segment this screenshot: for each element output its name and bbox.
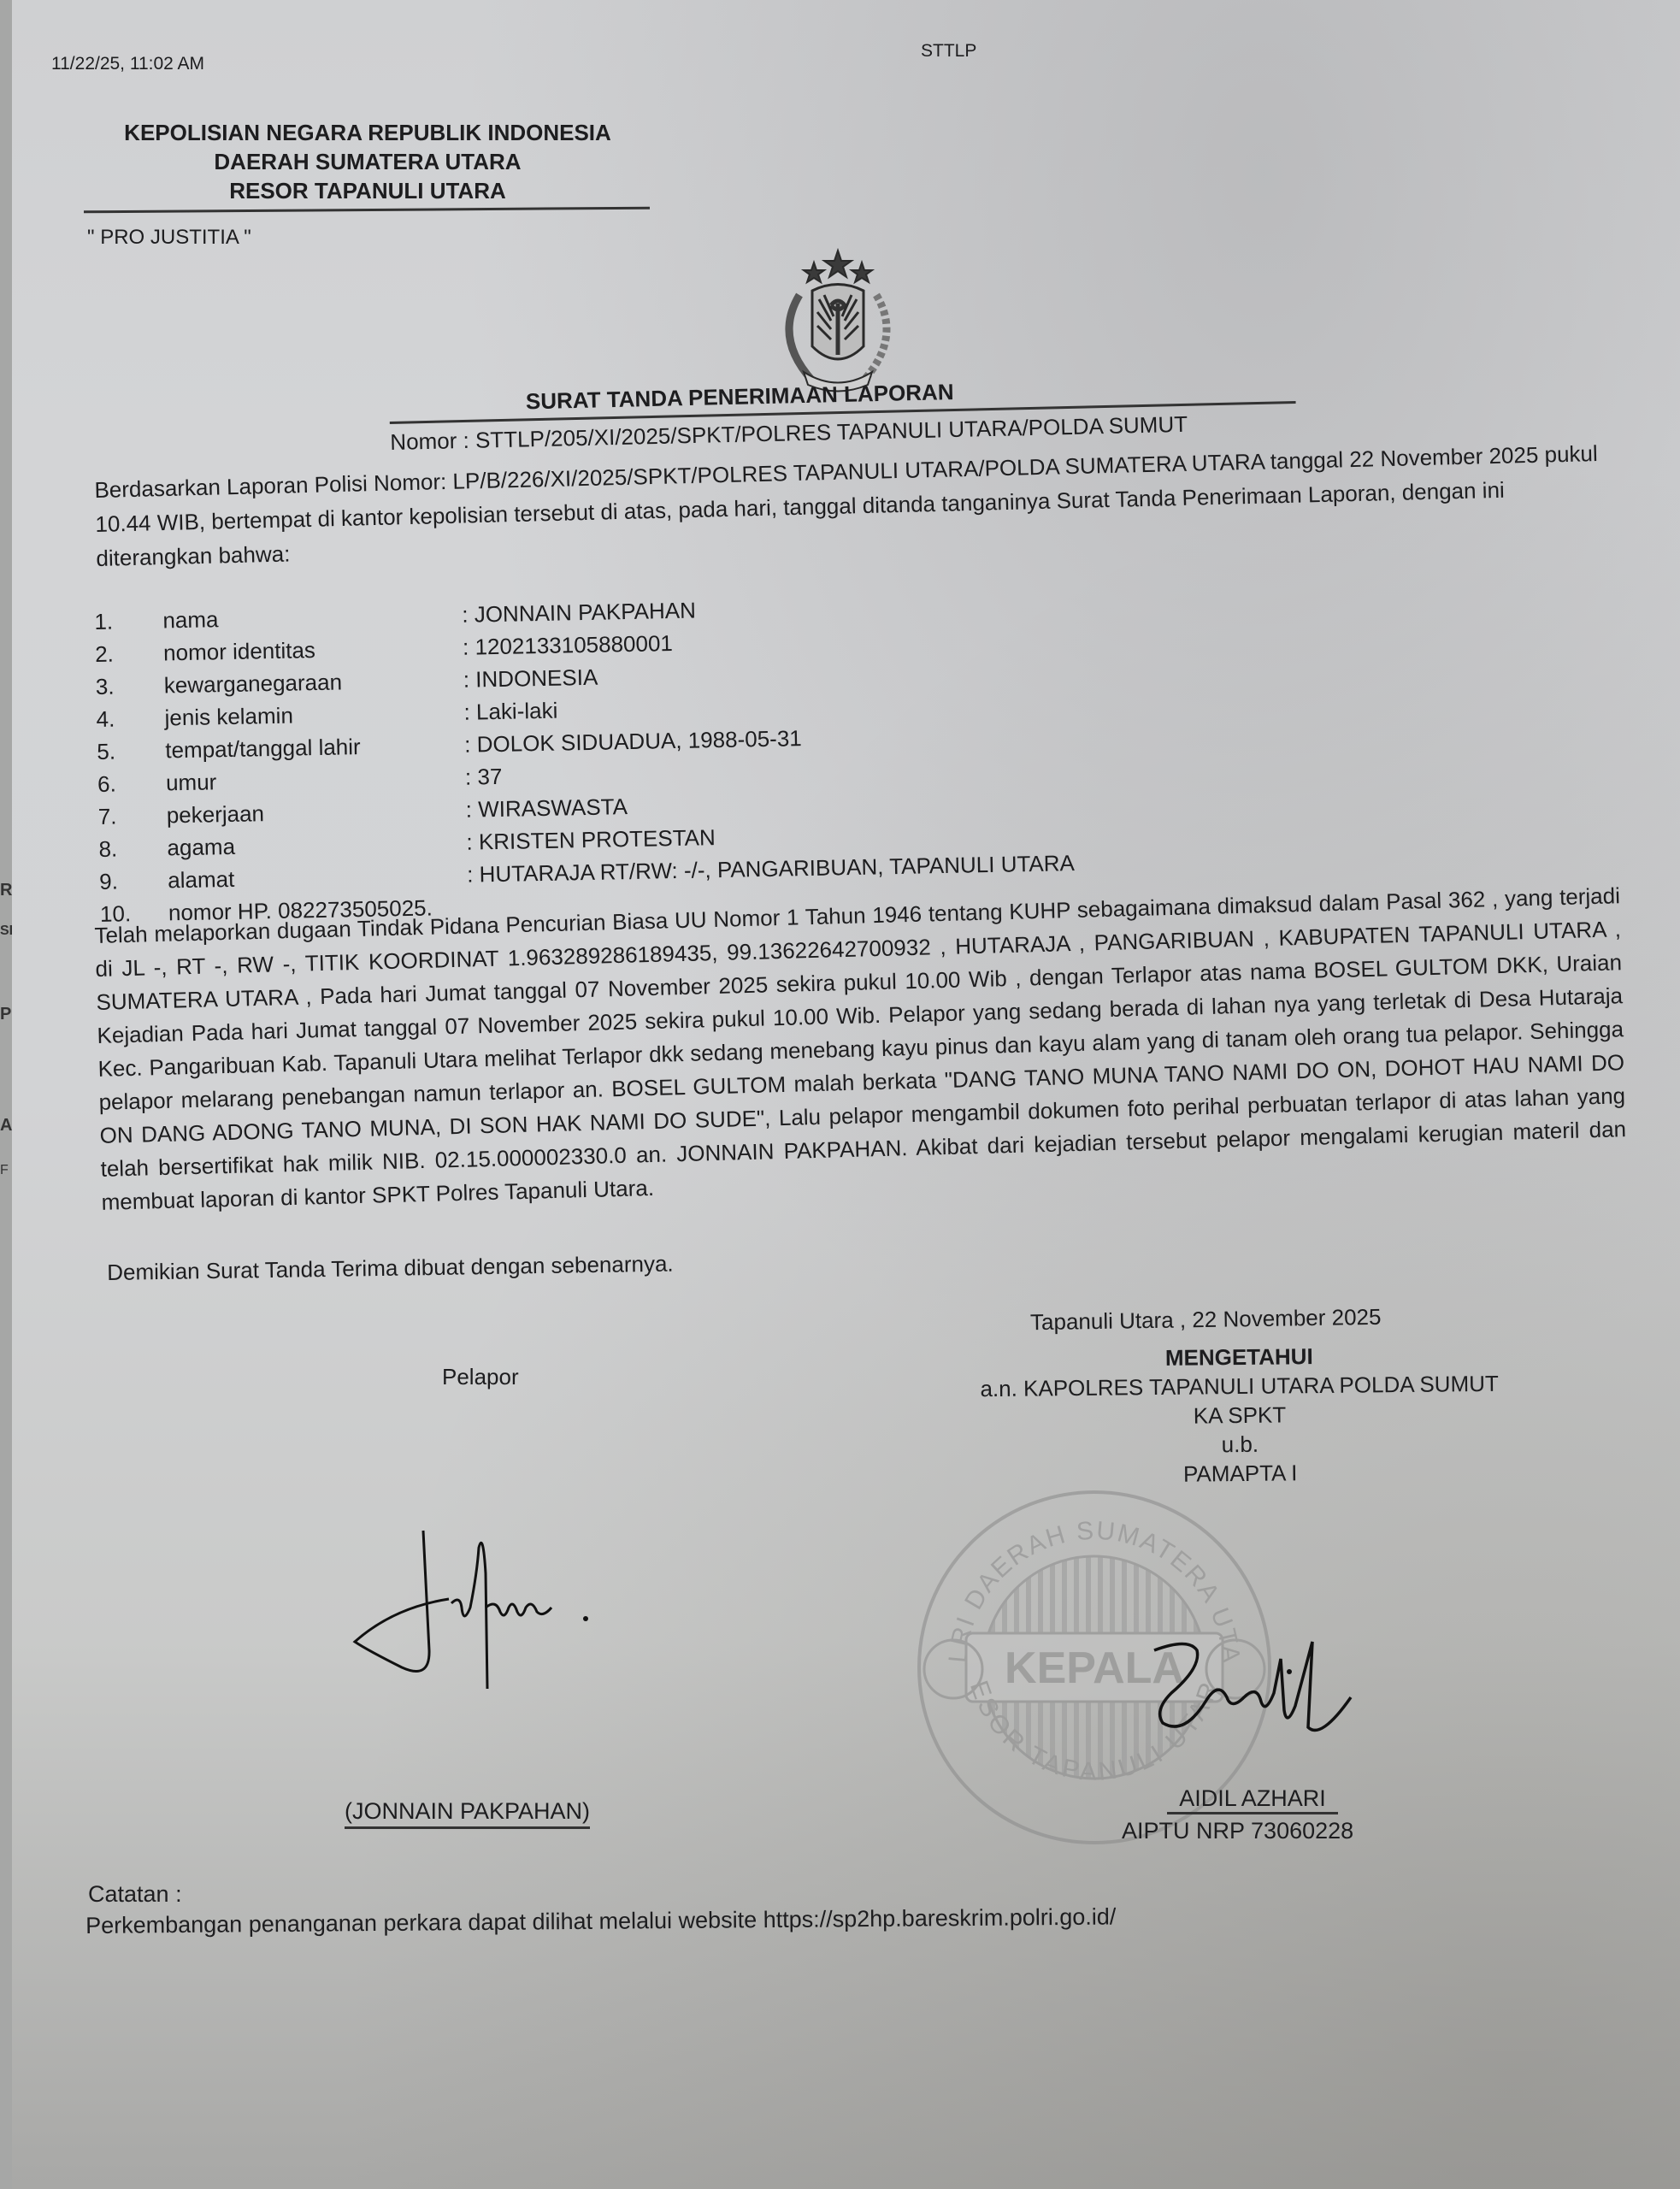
row-number: 2. — [95, 640, 164, 668]
letterhead-line-1: KEPOLISIAN NEGARA REPUBLIK INDONESIA — [85, 118, 650, 147]
letterhead-line-3: RESOR TAPANULI UTARA — [85, 176, 650, 205]
edge-fragment: SI — [0, 923, 13, 939]
row-number: 1. — [94, 607, 163, 635]
row-number: 5. — [97, 737, 166, 765]
official-rank-nrp: AIPTU NRP 73060228 — [1122, 1818, 1353, 1844]
reporter-printed-name: (JONNAIN PAKPAHAN) — [345, 1798, 590, 1829]
official-printed-name: AIDIL AZHARI — [1167, 1785, 1338, 1814]
print-doc-code: STTLP — [921, 41, 976, 62]
edge-fragment: F — [0, 1163, 9, 1178]
print-timestamp: 11/22/25, 11:02 AM — [51, 54, 204, 74]
row-number: 8. — [98, 835, 168, 863]
row-number: 4. — [96, 705, 165, 733]
acknowledgement-block: MENGETAHUI a.n. KAPOLRES TAPANULI UTARA … — [931, 1339, 1548, 1491]
edge-fragment: R — [0, 881, 12, 900]
signing-place-date: Tapanuli Utara , 22 November 2025 — [1030, 1304, 1382, 1336]
incident-narrative: Telah melaporkan dugaan Tindak Pidana Pe… — [94, 879, 1628, 1219]
row-number: 6. — [97, 770, 167, 798]
official-signature-icon — [1137, 1633, 1359, 1761]
police-emblem-icon — [752, 244, 923, 398]
row-number: 3. — [96, 672, 165, 700]
reporter-label: Pelapor — [442, 1364, 519, 1390]
reporter-identity-list: 1.nama: JONNAIN PAKPAHAN 2.nomor identit… — [94, 581, 1211, 928]
letterhead: KEPOLISIAN NEGARA REPUBLIK INDONESIA DAE… — [85, 118, 650, 205]
pro-justitia: " PRO JUSTITIA " — [87, 226, 251, 250]
row-number: 9. — [99, 867, 168, 895]
note-label: Catatan : — [88, 1881, 182, 1908]
letterhead-line-2: DAERAH SUMATERA UTARA — [85, 147, 650, 176]
row-number: 7. — [98, 802, 168, 830]
reporter-signature-icon — [342, 1522, 633, 1702]
